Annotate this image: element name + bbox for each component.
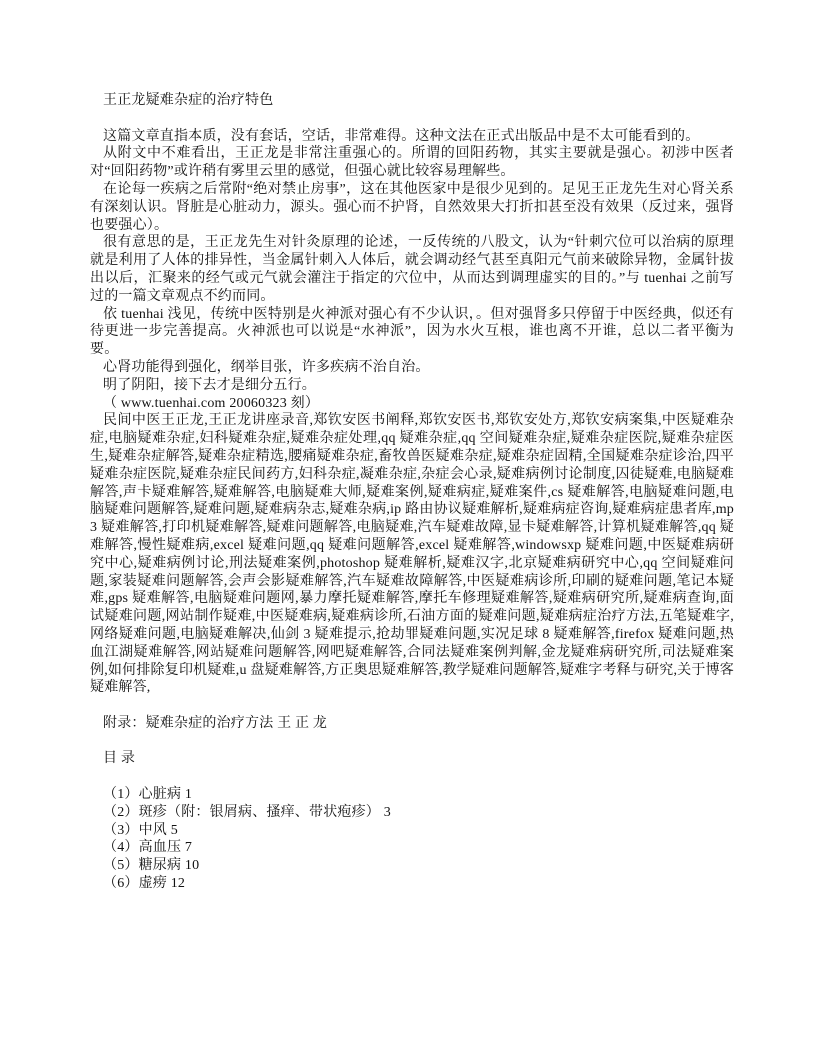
toc-item: （3）中风 5: [90, 822, 734, 840]
blank-line: [90, 697, 734, 715]
toc-item: （1）心脏病 1: [90, 786, 734, 804]
body-paragraph: 从附文中不难看出，王正龙是非常注重强心的。所谓的回阳药物，其实主要就是强心。初涉…: [90, 145, 734, 181]
body-paragraph: 这篇文章直指本质，没有套话，空话，非常难得。这种文法在正式出版品中是不太可能看到…: [90, 128, 734, 146]
toc-item: （4）高血压 7: [90, 839, 734, 857]
document-content: 王正龙疑难杂症的治疗特色 这篇文章直指本质，没有套话，空话，非常难得。这种文法在…: [90, 92, 734, 893]
body-paragraph: 依 tuenhai 浅见，传统中医特别是火神派对强心有不少认识，。但对强肾多只停…: [90, 306, 734, 359]
toc-item: （2）斑疹（附：银屑病、搔痒、带状疱疹） 3: [90, 804, 734, 822]
toc-item: （5）糖尿病 10: [90, 857, 734, 875]
toc-item: （6）虚痨 12: [90, 875, 734, 893]
body-paragraph: 心肾功能得到强化，纲举目张，许多疾病不治自治。: [90, 359, 734, 377]
blank-line: [90, 733, 734, 751]
document-title: 王正龙疑难杂症的治疗特色: [90, 92, 734, 110]
blank-line: [90, 110, 734, 128]
keyword-list-paragraph: 民间中医王正龙,王正龙讲座录音,郑钦安医书阐释,郑钦安医书,郑钦安处方,郑钦安病…: [90, 412, 734, 697]
body-paragraph: 在论每一疾病之后常附“绝对禁止房事”，这在其他医家中是很少见到的。足见王正龙先生…: [90, 181, 734, 234]
appendix-title: 附录：疑难杂症的治疗方法 王 正 龙: [90, 715, 734, 733]
document-page: 王正龙疑难杂症的治疗特色 这篇文章直指本质，没有套话，空话，非常难得。这种文法在…: [0, 0, 816, 1056]
toc-heading: 目 录: [90, 750, 734, 768]
body-paragraph: 很有意思的是，王正龙先生对针灸原理的论述，一反传统的八股文，认为“针刺穴位可以治…: [90, 234, 734, 305]
website-stamp-line: （ www.tuenhai.com 20060323 刻）: [90, 395, 734, 413]
body-paragraph: 明了阴阳，接下去才是细分五行。: [90, 377, 734, 395]
blank-line: [90, 768, 734, 786]
